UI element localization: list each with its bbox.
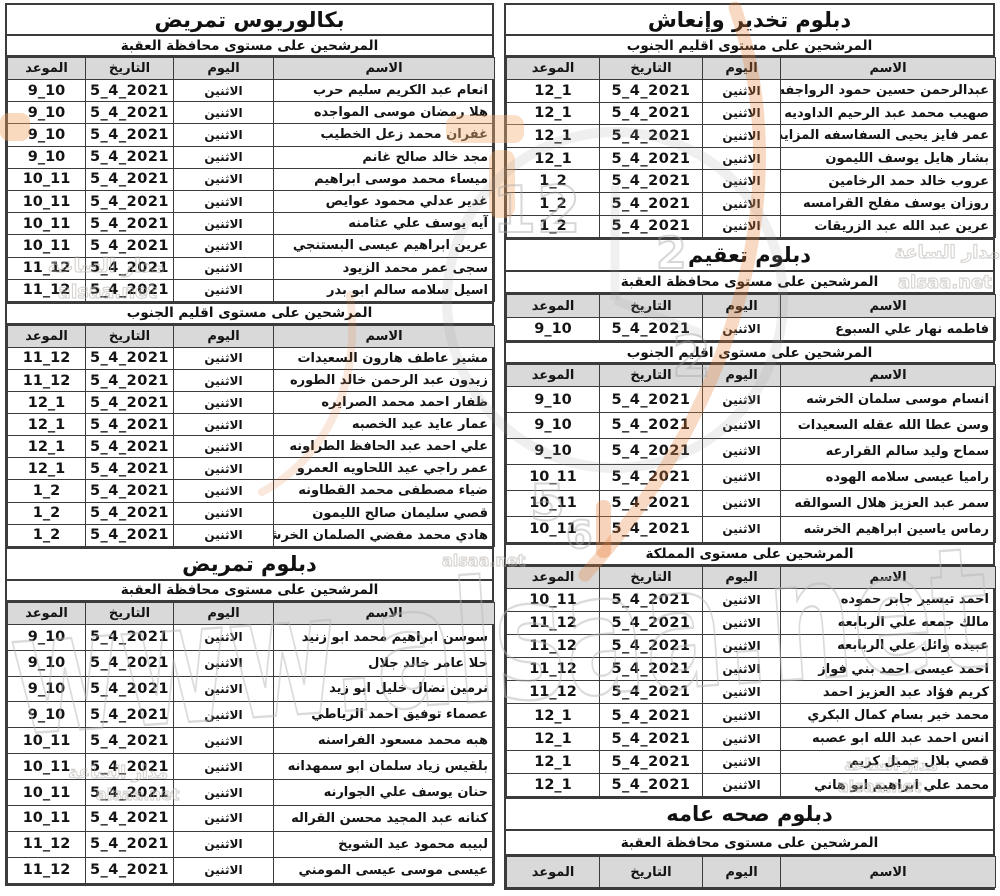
- column-header-date: التاريخ: [600, 58, 703, 80]
- name-cell: محمد خير بسام كمال البكري: [781, 704, 996, 727]
- name-cell: عصماء توفيق احمد الرياطي: [274, 702, 495, 728]
- level-section-label: المرشحين على مستوى اقليم الجنوب: [127, 305, 373, 321]
- column-header-name: الاسم: [781, 566, 996, 588]
- candidate-row: زيدون عبد الرحمن خالد الطورهالاثنين5_4_2…: [8, 369, 495, 391]
- time-cell: 12_1: [8, 458, 86, 480]
- date-cell: 5_4_2021: [600, 634, 703, 657]
- date-cell: 5_4_2021: [86, 728, 174, 754]
- day-cell: الاثنين: [174, 102, 274, 124]
- right-schedule-column: دبلوم تخدير وإنعاشالمرشحين على مستوى اقل…: [504, 5, 995, 890]
- date-cell: 5_4_2021: [86, 146, 174, 168]
- date-cell: 5_4_2021: [600, 192, 703, 215]
- candidate-row: انس احمد عبد الله ابو عصبهالاثنين5_4_202…: [507, 727, 996, 750]
- date-cell: 5_4_2021: [86, 124, 174, 146]
- date-cell: 5_4_2021: [600, 658, 703, 681]
- date-cell: 5_4_2021: [86, 235, 174, 257]
- date-cell: 5_4_2021: [600, 215, 703, 238]
- time-cell: 9_10: [507, 438, 600, 464]
- time-cell: 12_1: [507, 750, 600, 773]
- column-header-name: الاسم: [274, 58, 495, 80]
- time-cell: 11_12: [8, 831, 86, 857]
- level-section-header: المرشحين على مستوى اقليم الجنوب: [504, 34, 995, 57]
- time-cell: 11_12: [8, 857, 86, 883]
- name-cell: نرمين نضال خليل ابو زيد: [274, 676, 495, 702]
- candidate-row: كريم فؤاد عبد العزيز احمدالاثنين5_4_2021…: [507, 681, 996, 704]
- program-title-label: بكالوريوس تمريض: [154, 8, 344, 32]
- program-title-label: دبلوم تخدير وإنعاش: [648, 8, 851, 32]
- candidate-row: راميا عيسى سلامه الهودهالاثنين5_4_202110…: [507, 464, 996, 490]
- candidate-row: آيه يوسف علي عثامنهالاثنين5_4_202110_11: [8, 213, 495, 235]
- schedule-table: الاسماليومالتاريخالموعدعبدالرحمن حسين حم…: [504, 55, 995, 240]
- column-header-time: الموعد: [507, 566, 600, 588]
- day-cell: الاثنين: [174, 235, 274, 257]
- column-header-date: التاريخ: [600, 566, 703, 588]
- date-cell: 5_4_2021: [86, 754, 174, 780]
- time-cell: 10_11: [8, 168, 86, 190]
- candidate-row: احمد عيسى احمد بني فوازالاثنين5_4_202111…: [507, 658, 996, 681]
- table-header-row: الاسماليومالتاريخالموعد: [507, 295, 996, 318]
- day-cell: الاثنين: [703, 774, 781, 797]
- time-cell: 1_2: [507, 215, 600, 238]
- time-cell: 10_11: [507, 588, 600, 611]
- day-cell: الاثنين: [703, 588, 781, 611]
- day-cell: الاثنين: [174, 436, 274, 458]
- day-cell: الاثنين: [703, 681, 781, 704]
- schedule-table: الاسماليومالتاريخالموعد: [504, 854, 995, 890]
- date-cell: 5_4_2021: [86, 480, 174, 502]
- name-cell: عروب خالد حمد الرخامين: [781, 170, 996, 193]
- date-cell: 5_4_2021: [86, 831, 174, 857]
- day-cell: الاثنين: [703, 147, 781, 170]
- name-cell: سمر عبد العزيز هلال السوالقه: [781, 490, 996, 516]
- name-cell: عمار عايد عيد الخصبه: [274, 414, 495, 436]
- name-cell: سماح وليد سالم القرارعه: [781, 438, 996, 464]
- name-cell: زيدون عبد الرحمن خالد الطوره: [274, 369, 495, 391]
- date-cell: 5_4_2021: [600, 125, 703, 148]
- table-header-row: الاسماليومالتاريخالموعد: [8, 58, 495, 80]
- candidate-row: هبه محمد مسعود الفراسنهالاثنين5_4_202110…: [8, 728, 495, 754]
- candidate-row: عصماء توفيق احمد الرياطيالاثنين5_4_20219…: [8, 702, 495, 728]
- column-header-day: اليوم: [174, 58, 274, 80]
- name-cell: بلقيس زياد سلمان ابو سمهدانه: [274, 754, 495, 780]
- date-cell: 5_4_2021: [86, 458, 174, 480]
- name-cell: بشار هايل يوسف الليمون: [781, 147, 996, 170]
- name-cell: حنان يوسف علي الجوارنه: [274, 780, 495, 806]
- time-cell: 10_11: [8, 805, 86, 831]
- name-cell: عبدالرحمن حسين حمود الرواجفه: [781, 80, 996, 103]
- time-cell: 12_1: [507, 727, 600, 750]
- name-cell: ظفار احمد محمد الصرايره: [274, 392, 495, 414]
- candidate-row: ظفار احمد محمد الصرايرهالاثنين5_4_202112…: [8, 392, 495, 414]
- time-cell: 10_11: [8, 780, 86, 806]
- day-cell: الاثنين: [174, 524, 274, 546]
- column-header-day: اليوم: [703, 566, 781, 588]
- time-cell: 11_12: [507, 681, 600, 704]
- date-cell: 5_4_2021: [86, 624, 174, 650]
- name-cell: انعام عبد الكريم سليم حرب: [274, 80, 495, 102]
- time-cell: 9_10: [8, 124, 86, 146]
- time-cell: 9_10: [8, 624, 86, 650]
- level-section-label: المرشحين على مستوى المملكة: [645, 546, 853, 562]
- time-cell: 11_12: [507, 611, 600, 634]
- name-cell: قصي بلال جميل كريم: [781, 750, 996, 773]
- candidate-row: حنان يوسف علي الجوارنهالاثنين5_4_202110_…: [8, 780, 495, 806]
- candidate-row: سجى عمر محمد الزيودالاثنين5_4_202111_12: [8, 257, 495, 279]
- candidate-row: عرين عبد الله عبد الزريقاتالاثنين5_4_202…: [507, 215, 996, 238]
- level-section-header: المرشحين على مستوى محافظة العقبة: [5, 34, 494, 57]
- date-cell: 5_4_2021: [86, 857, 174, 883]
- day-cell: الاثنين: [703, 318, 781, 341]
- day-cell: الاثنين: [174, 754, 274, 780]
- time-cell: 11_12: [8, 257, 86, 279]
- candidate-row: غفران محمد زعل الخطيبالاثنين5_4_20219_10: [8, 124, 495, 146]
- date-cell: 5_4_2021: [86, 168, 174, 190]
- candidate-row: انعام عبد الكريم سليم حربالاثنين5_4_2021…: [8, 80, 495, 102]
- name-cell: مشير عاطف هارون السعيدات: [274, 347, 495, 369]
- time-cell: 10_11: [507, 464, 600, 490]
- column-header-time: الموعد: [8, 325, 86, 347]
- day-cell: الاثنين: [703, 490, 781, 516]
- level-section-header: المرشحين على مستوى محافظة العقبة: [504, 270, 995, 294]
- name-cell: قصي سليمان صالح الليمون: [274, 502, 495, 524]
- day-cell: الاثنين: [174, 190, 274, 212]
- day-cell: الاثنين: [174, 805, 274, 831]
- program-title: دبلوم تخدير وإنعاش: [504, 3, 995, 36]
- day-cell: الاثنين: [703, 658, 781, 681]
- date-cell: 5_4_2021: [600, 750, 703, 773]
- name-cell: عيسى موسى عيسى المومني: [274, 857, 495, 883]
- time-cell: 12_1: [8, 392, 86, 414]
- name-cell: سوسن ابراهيم محمد ابو زنيد: [274, 624, 495, 650]
- day-cell: الاثنين: [174, 780, 274, 806]
- time-cell: 11_12: [8, 347, 86, 369]
- name-cell: علي احمد عبد الحافظ الطراونه: [274, 436, 495, 458]
- level-section-label: المرشحين على مستوى اقليم الجنوب: [627, 38, 873, 54]
- name-cell: كنانه عبد المجيد محسن القراله: [274, 805, 495, 831]
- level-section-label: المرشحين على مستوى اقليم الجنوب: [627, 345, 873, 361]
- day-cell: الاثنين: [174, 213, 274, 235]
- time-cell: 9_10: [8, 702, 86, 728]
- column-header-time: الموعد: [8, 602, 86, 624]
- date-cell: 5_4_2021: [86, 524, 174, 546]
- time-cell: 1_2: [507, 170, 600, 193]
- day-cell: الاثنين: [174, 857, 274, 883]
- schedule-table: الاسماليومالتاريخالموعدمشير عاطف هارون ا…: [5, 323, 494, 549]
- column-header-name: الاسم: [274, 325, 495, 347]
- candidate-row: ضياء مصطفى محمد القطاونهالاثنين5_4_20211…: [8, 480, 495, 502]
- name-cell: ضياء مصطفى محمد القطاونه: [274, 480, 495, 502]
- candidate-row: فاطمه نهار علي السبوعالاثنين5_4_20219_10: [507, 318, 996, 341]
- time-cell: 10_11: [8, 754, 86, 780]
- candidate-row: بلقيس زياد سلمان ابو سمهدانهالاثنين5_4_2…: [8, 754, 495, 780]
- date-cell: 5_4_2021: [86, 676, 174, 702]
- time-cell: 9_10: [8, 676, 86, 702]
- schedule-table: الاسماليومالتاريخالموعدسوسن ابراهيم محمد…: [5, 600, 494, 886]
- candidate-row: حلا عامر خالد جلالالاثنين5_4_20219_10: [8, 650, 495, 676]
- day-cell: الاثنين: [174, 624, 274, 650]
- level-section-header: المرشحين على مستوى اقليم الجنوب: [5, 302, 494, 325]
- name-cell: وسن عطا الله عقله السعيدات: [781, 413, 996, 439]
- time-cell: 9_10: [507, 318, 600, 341]
- date-cell: 5_4_2021: [600, 727, 703, 750]
- candidate-row: محمد علي ابراهيم ابو هانيالاثنين5_4_2021…: [507, 774, 996, 797]
- column-header-day: اليوم: [174, 325, 274, 347]
- column-header-time: الموعد: [507, 58, 600, 80]
- name-cell: انسام موسى سلمان الخرشه: [781, 387, 996, 413]
- day-cell: الاثنين: [174, 124, 274, 146]
- table-header-row: الاسماليومالتاريخالموعد: [507, 566, 996, 588]
- date-cell: 5_4_2021: [600, 611, 703, 634]
- day-cell: الاثنين: [703, 634, 781, 657]
- name-cell: راميا عيسى سلامه الهوده: [781, 464, 996, 490]
- time-cell: 10_11: [507, 490, 600, 516]
- day-cell: الاثنين: [703, 516, 781, 542]
- column-header-name: الاسم: [781, 58, 996, 80]
- time-cell: 12_1: [507, 147, 600, 170]
- column-header-date: التاريخ: [86, 325, 174, 347]
- day-cell: الاثنين: [174, 80, 274, 102]
- date-cell: 5_4_2021: [86, 414, 174, 436]
- name-cell: عبيده وائل علي الربابعه: [781, 634, 996, 657]
- candidate-row: اسيل سلامه سالم ابو بدرالاثنين5_4_202111…: [8, 279, 495, 301]
- name-cell: كريم فؤاد عبد العزيز احمد: [781, 681, 996, 704]
- candidate-row: لبيبه محمود عيد الشويخالاثنين5_4_202111_…: [8, 831, 495, 857]
- candidate-row: عمر فايز يحيى السفاسفه المزايدهالاثنين5_…: [507, 125, 996, 148]
- day-cell: الاثنين: [703, 170, 781, 193]
- table-header-row: الاسماليومالتاريخالموعد: [507, 58, 996, 80]
- column-header-day: اليوم: [703, 58, 781, 80]
- name-cell: فاطمه نهار علي السبوع: [781, 318, 996, 341]
- day-cell: الاثنين: [703, 611, 781, 634]
- date-cell: 5_4_2021: [86, 805, 174, 831]
- time-cell: 11_12: [507, 634, 600, 657]
- candidate-row: عمر راجي عيد اللحاويه العمروالاثنين5_4_2…: [8, 458, 495, 480]
- column-header-name: الاسم: [781, 857, 996, 888]
- table-header-row: الاسماليومالتاريخالموعد: [507, 857, 996, 888]
- name-cell: عرين ابراهيم عيسى البستنجي: [274, 235, 495, 257]
- date-cell: 5_4_2021: [86, 213, 174, 235]
- day-cell: الاثنين: [174, 168, 274, 190]
- day-cell: الاثنين: [703, 750, 781, 773]
- level-section-label: المرشحين على مستوى محافظة العقبة: [121, 582, 379, 598]
- name-cell: اسيل سلامه سالم ابو بدر: [274, 279, 495, 301]
- date-cell: 5_4_2021: [86, 279, 174, 301]
- day-cell: الاثنين: [174, 650, 274, 676]
- candidate-row: محمد خير بسام كمال البكريالاثنين5_4_2021…: [507, 704, 996, 727]
- candidate-row: عروب خالد حمد الرخامينالاثنين5_4_20211_2: [507, 170, 996, 193]
- time-cell: 11_12: [8, 369, 86, 391]
- date-cell: 5_4_2021: [600, 681, 703, 704]
- program-title: بكالوريوس تمريض: [5, 3, 494, 36]
- time-cell: 1_2: [507, 192, 600, 215]
- time-cell: 1_2: [8, 480, 86, 502]
- day-cell: الاثنين: [703, 438, 781, 464]
- time-cell: 10_11: [8, 728, 86, 754]
- time-cell: 12_1: [507, 102, 600, 125]
- column-header-name: الاسم: [781, 365, 996, 387]
- table-header-row: الاسماليومالتاريخالموعد: [8, 602, 495, 624]
- date-cell: 5_4_2021: [600, 147, 703, 170]
- time-cell: 1_2: [8, 524, 86, 546]
- time-cell: 10_11: [507, 516, 600, 542]
- day-cell: الاثنين: [174, 392, 274, 414]
- date-cell: 5_4_2021: [600, 80, 703, 103]
- day-cell: الاثنين: [174, 369, 274, 391]
- candidate-row: وسن عطا الله عقله السعيداتالاثنين5_4_202…: [507, 413, 996, 439]
- day-cell: الاثنين: [703, 727, 781, 750]
- date-cell: 5_4_2021: [600, 588, 703, 611]
- date-cell: 5_4_2021: [600, 516, 703, 542]
- date-cell: 5_4_2021: [86, 502, 174, 524]
- day-cell: الاثنين: [174, 831, 274, 857]
- name-cell: عرين عبد الله عبد الزريقات: [781, 215, 996, 238]
- candidate-row: عمار عايد عيد الخصبهالاثنين5_4_202112_1: [8, 414, 495, 436]
- day-cell: الاثنين: [703, 215, 781, 238]
- schedule-table: الاسماليومالتاريخالموعدفاطمه نهار علي ال…: [504, 292, 995, 343]
- program-title-label: دبلوم تمريض: [182, 552, 317, 576]
- column-header-time: الموعد: [507, 295, 600, 318]
- candidate-row: انسام موسى سلمان الخرشهالاثنين5_4_20219_…: [507, 387, 996, 413]
- time-cell: 9_10: [8, 80, 86, 102]
- column-header-day: اليوم: [703, 857, 781, 888]
- table-header-row: الاسماليومالتاريخالموعد: [8, 325, 495, 347]
- time-cell: 10_11: [8, 235, 86, 257]
- name-cell: عمر راجي عيد اللحاويه العمرو: [274, 458, 495, 480]
- name-cell: رماس ياسين ابراهيم الخرشه: [781, 516, 996, 542]
- column-header-time: الموعد: [8, 58, 86, 80]
- day-cell: الاثنين: [174, 458, 274, 480]
- candidate-row: عبيده وائل علي الربابعهالاثنين5_4_202111…: [507, 634, 996, 657]
- left-schedule-column: بكالوريوس تمريضالمرشحين على مستوى محافظة…: [5, 5, 494, 886]
- date-cell: 5_4_2021: [600, 318, 703, 341]
- candidate-row: عرين ابراهيم عيسى البستنجيالاثنين5_4_202…: [8, 235, 495, 257]
- candidate-row: قصي سليمان صالح الليمونالاثنين5_4_20211_…: [8, 502, 495, 524]
- candidate-row: عبدالرحمن حسين حمود الرواجفهالاثنين5_4_2…: [507, 80, 996, 103]
- name-cell: روزان يوسف مفلح القرامسه: [781, 192, 996, 215]
- name-cell: لبيبه محمود عيد الشويخ: [274, 831, 495, 857]
- time-cell: 12_1: [507, 774, 600, 797]
- date-cell: 5_4_2021: [600, 490, 703, 516]
- day-cell: الاثنين: [174, 414, 274, 436]
- day-cell: الاثنين: [703, 192, 781, 215]
- candidate-row: روزان يوسف مفلح القرامسهالاثنين5_4_20211…: [507, 192, 996, 215]
- time-cell: 10_11: [8, 213, 86, 235]
- candidate-row: مشير عاطف هارون السعيداتالاثنين5_4_20211…: [8, 347, 495, 369]
- candidate-row: صهيب محمد عبد الرحيم الداوديهالاثنين5_4_…: [507, 102, 996, 125]
- name-cell: انس احمد عبد الله ابو عصبه: [781, 727, 996, 750]
- candidate-row: مالك جمعه علي الربابعهالاثنين5_4_202111_…: [507, 611, 996, 634]
- column-header-day: اليوم: [703, 295, 781, 318]
- level-section-header: المرشحين على مستوى اقليم الجنوب: [504, 341, 995, 364]
- column-header-date: التاريخ: [86, 602, 174, 624]
- name-cell: ميساء محمد موسى ابراهيم: [274, 168, 495, 190]
- day-cell: الاثنين: [703, 704, 781, 727]
- level-section-header: المرشحين على مستوى المملكة: [504, 543, 995, 566]
- level-section-label: المرشحين على مستوى محافظة العقبة: [621, 835, 879, 851]
- day-cell: الاثنين: [703, 80, 781, 103]
- name-cell: احمد عيسى احمد بني فواز: [781, 658, 996, 681]
- name-cell: غفران محمد زعل الخطيب: [274, 124, 495, 146]
- program-title-label: دبلوم صحه عامه: [666, 802, 833, 826]
- candidate-row: سمر عبد العزيز هلال السوالقهالاثنين5_4_2…: [507, 490, 996, 516]
- date-cell: 5_4_2021: [86, 257, 174, 279]
- time-cell: 9_10: [8, 146, 86, 168]
- day-cell: الاثنين: [174, 279, 274, 301]
- candidate-row: نرمين نضال خليل ابو زيدالاثنين5_4_20219_…: [8, 676, 495, 702]
- day-cell: الاثنين: [174, 676, 274, 702]
- column-header-day: اليوم: [174, 602, 274, 624]
- candidate-row: هادي محمد مفضي الصلمان الخرشهالاثنين5_4_…: [8, 524, 495, 546]
- program-title: دبلوم تعقيم: [504, 238, 995, 272]
- candidate-row: عيسى موسى عيسى المومنيالاثنين5_4_202111_…: [8, 857, 495, 883]
- day-cell: الاثنين: [174, 502, 274, 524]
- day-cell: الاثنين: [703, 464, 781, 490]
- time-cell: 9_10: [507, 413, 600, 439]
- date-cell: 5_4_2021: [86, 102, 174, 124]
- name-cell: حلا عامر خالد جلال: [274, 650, 495, 676]
- day-cell: الاثنين: [174, 702, 274, 728]
- level-section-header: المرشحين على مستوى محافظة العقبة: [504, 829, 995, 856]
- date-cell: 5_4_2021: [86, 392, 174, 414]
- column-header-day: اليوم: [703, 365, 781, 387]
- candidate-row: ميساء محمد موسى ابراهيمالاثنين5_4_202110…: [8, 168, 495, 190]
- time-cell: 12_1: [507, 125, 600, 148]
- table-header-row: الاسماليومالتاريخالموعد: [507, 365, 996, 387]
- column-header-date: التاريخ: [600, 295, 703, 318]
- name-cell: عمر فايز يحيى السفاسفه المزايده: [781, 125, 996, 148]
- column-header-time: الموعد: [507, 365, 600, 387]
- name-cell: آيه يوسف علي عثامنه: [274, 213, 495, 235]
- day-cell: الاثنين: [174, 347, 274, 369]
- date-cell: 5_4_2021: [86, 780, 174, 806]
- date-cell: 5_4_2021: [600, 438, 703, 464]
- time-cell: 9_10: [8, 650, 86, 676]
- date-cell: 5_4_2021: [600, 387, 703, 413]
- program-title-label: دبلوم تعقيم: [688, 243, 811, 267]
- candidate-row: قصي بلال جميل كريمالاثنين5_4_202112_1: [507, 750, 996, 773]
- candidate-row: هلا رمضان موسى المواجدهالاثنين5_4_20219_…: [8, 102, 495, 124]
- candidate-row: رماس ياسين ابراهيم الخرشهالاثنين5_4_2021…: [507, 516, 996, 542]
- time-cell: 12_1: [507, 80, 600, 103]
- time-cell: 12_1: [8, 414, 86, 436]
- date-cell: 5_4_2021: [600, 464, 703, 490]
- time-cell: 1_2: [8, 502, 86, 524]
- level-section-header: المرشحين على مستوى محافظة العقبة: [5, 579, 494, 602]
- program-title: دبلوم تمريض: [5, 547, 494, 581]
- schedule-table: الاسماليومالتاريخالموعدانعام عبد الكريم …: [5, 55, 494, 304]
- date-cell: 5_4_2021: [600, 102, 703, 125]
- date-cell: 5_4_2021: [600, 704, 703, 727]
- time-cell: 9_10: [8, 102, 86, 124]
- column-header-name: الاسم: [781, 295, 996, 318]
- day-cell: الاثنين: [174, 257, 274, 279]
- date-cell: 5_4_2021: [86, 369, 174, 391]
- name-cell: هلا رمضان موسى المواجده: [274, 102, 495, 124]
- time-cell: 12_1: [8, 436, 86, 458]
- level-section-label: المرشحين على مستوى محافظة العقبة: [621, 274, 879, 290]
- time-cell: 11_12: [8, 279, 86, 301]
- name-cell: مالك جمعه علي الربابعه: [781, 611, 996, 634]
- name-cell: غدير عدلي محمود عوايص: [274, 190, 495, 212]
- candidate-row: علي احمد عبد الحافظ الطراونهالاثنين5_4_2…: [8, 436, 495, 458]
- column-header-date: التاريخ: [600, 857, 703, 888]
- schedule-table: الاسماليومالتاريخالموعداحمد تيسير جابر ح…: [504, 564, 995, 800]
- candidate-row: مجد خالد صالح غانمالاثنين5_4_20219_10: [8, 146, 495, 168]
- day-cell: الاثنين: [174, 146, 274, 168]
- date-cell: 5_4_2021: [86, 650, 174, 676]
- date-cell: 5_4_2021: [600, 170, 703, 193]
- name-cell: محمد علي ابراهيم ابو هاني: [781, 774, 996, 797]
